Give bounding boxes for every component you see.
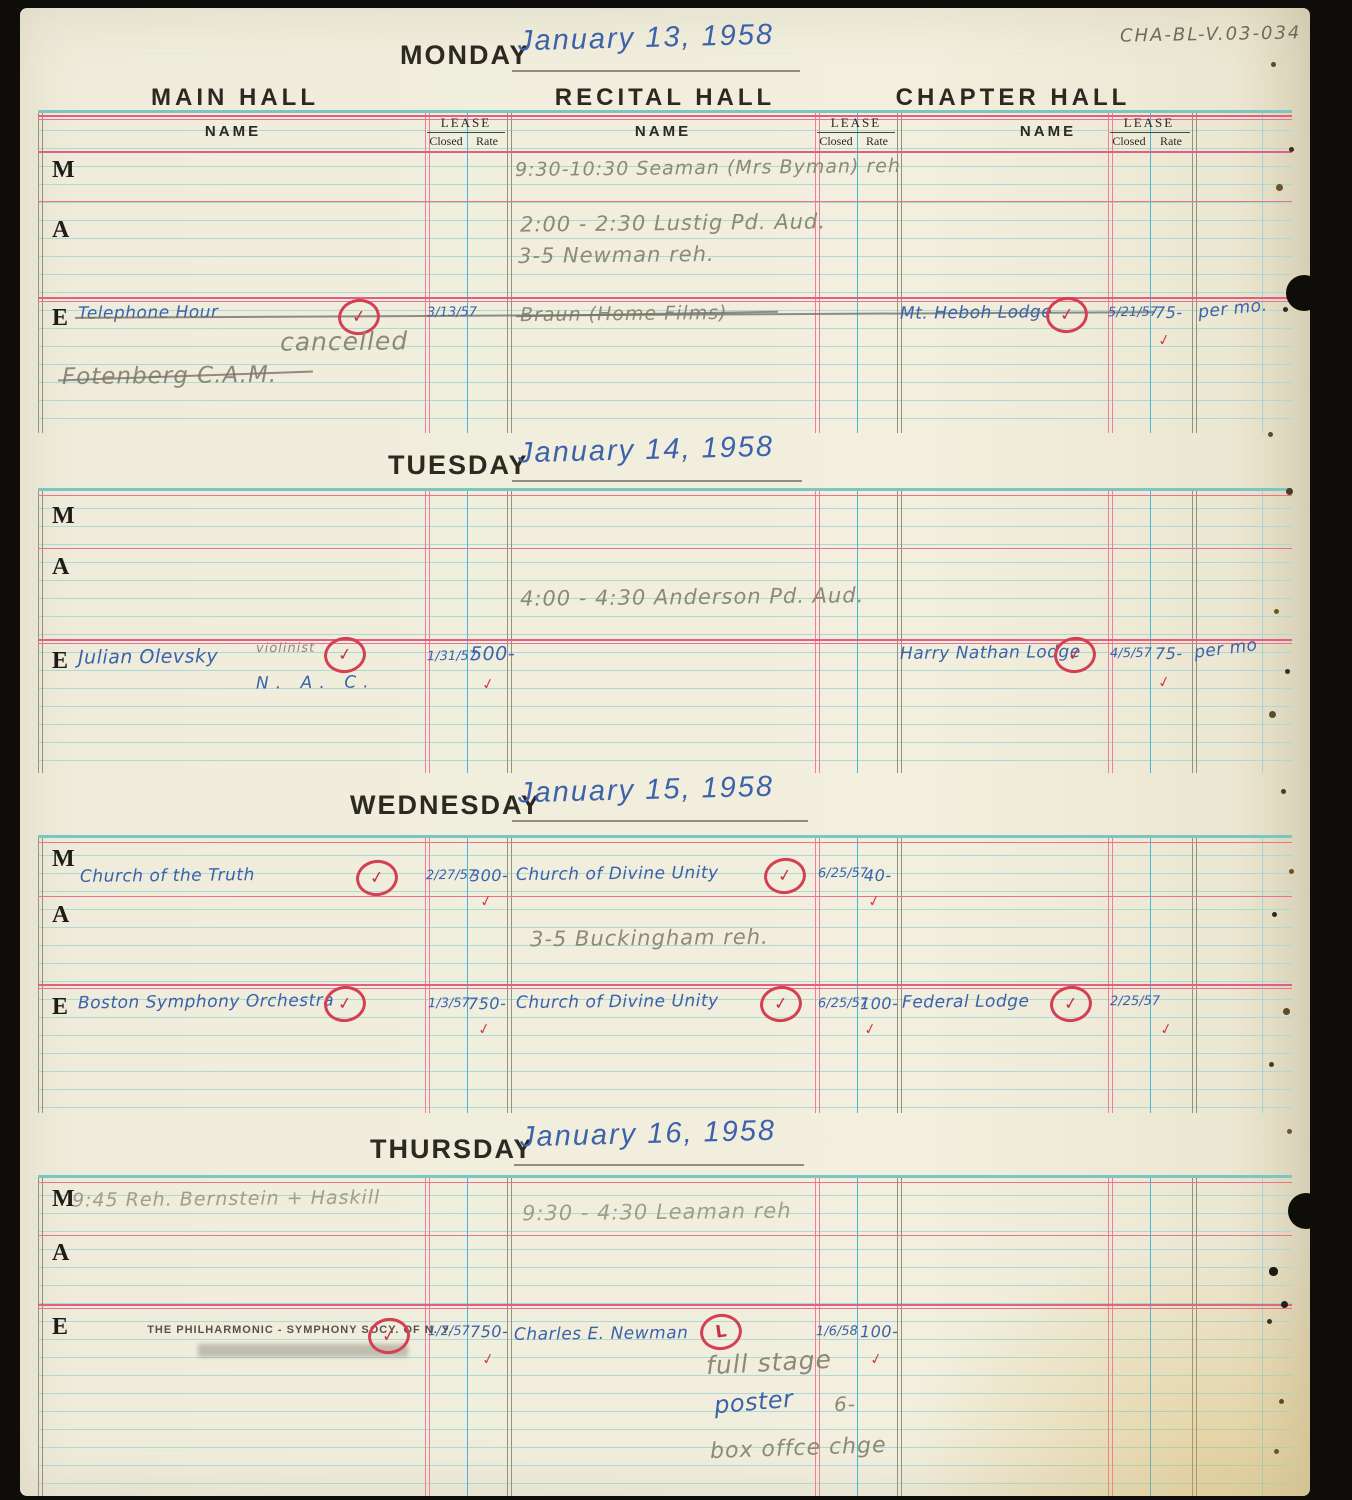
circled-l-icon: L: [698, 1311, 745, 1352]
hall-header-main: MAIN HALL: [115, 84, 355, 112]
entry-main-morning: 9:45 Reh. Bernstein + Haskill: [72, 1186, 381, 1211]
column-line: [429, 491, 430, 773]
column-line: [1112, 491, 1113, 773]
archive-code: CHA-BL-V.03-034: [1120, 22, 1302, 46]
day-title-wednesday: WEDNESDAY: [350, 790, 541, 821]
circled-check-icon: ✓: [322, 983, 369, 1024]
row-label-evening: E: [52, 305, 68, 332]
entry-recital-afternoon-name: Church of Divine Unity: [516, 863, 719, 885]
column-line: [1192, 838, 1193, 1113]
column-line: [507, 113, 508, 433]
entry-recital-evening-rate: 100-: [860, 994, 899, 1013]
column-line: [1150, 491, 1151, 773]
column-header-name: NAME: [133, 123, 333, 140]
column-line: [467, 113, 468, 433]
column-header-rate: Rate: [857, 134, 897, 149]
date-underline: [512, 480, 802, 482]
day-title-thursday: THURSDAY: [370, 1134, 534, 1165]
column-header-lease: LEASE: [420, 115, 512, 131]
circled-check-icon: ✓: [354, 857, 401, 898]
entry-recital-afternoon-rate: 40-: [864, 866, 892, 885]
entry-chapter-evening-name: Federal Lodge: [902, 991, 1030, 1012]
day-date-monday: January 13, 1958: [518, 19, 775, 59]
red-tick-icon: ✓: [1158, 1019, 1174, 1039]
entry-recital-afternoon-2: 3-5 Newman reh.: [518, 242, 715, 268]
red-tick-icon: ✓: [862, 1019, 878, 1039]
row-line: [38, 842, 1292, 843]
column-line: [511, 491, 512, 773]
entry-main-afternoon-name: Church of the Truth: [80, 865, 255, 887]
column-header-lease: LEASE: [1103, 115, 1195, 131]
row-label-morning: M: [52, 503, 75, 530]
entry-chapter-evening-rate: 75-: [1155, 644, 1183, 663]
hall-header-recital: RECITAL HALL: [535, 84, 795, 112]
column-line: [38, 491, 39, 773]
red-tick-icon: ✓: [480, 674, 496, 694]
column-line: [1108, 113, 1109, 433]
ledger-page: CHA-BL-V.03-034 MONDAY January 13, 1958 …: [20, 8, 1310, 1496]
entry-chapter-evening-closed: 5/21/57: [1108, 305, 1158, 321]
entry-chapter-evening-rate: 75-: [1155, 303, 1183, 322]
entry-chapter-evening-closed: 4/5/57: [1110, 646, 1152, 661]
day-date-wednesday: January 15, 1958: [518, 771, 775, 811]
column-line: [38, 113, 39, 433]
column-line: [511, 838, 512, 1113]
entry-recital-evening-note-1: full stage: [705, 1345, 832, 1381]
column-line: [815, 491, 816, 773]
row-label-evening: E: [52, 994, 68, 1021]
entry-chapter-evening-rate-note: per mo.: [1197, 295, 1268, 322]
entry-recital-evening-note-3: box offce chge: [710, 1433, 887, 1464]
column-line: [1262, 838, 1263, 1113]
entry-chapter-evening-name: Mt. Heboh Lodge: [900, 302, 1052, 324]
page-stain: [890, 1236, 1310, 1496]
entry-main-afternoon-closed: 2/27/57: [426, 868, 476, 884]
column-line: [815, 838, 816, 1113]
column-line: [429, 113, 430, 433]
row-label-morning: M: [52, 846, 75, 873]
column-line: [507, 491, 508, 773]
row-line: [38, 495, 1292, 496]
entry-main-evening-closed: 1/3/57: [428, 996, 470, 1011]
column-line: [38, 1178, 39, 1496]
entry-main-evening-rate: 750-: [470, 1322, 509, 1341]
column-line: [1192, 491, 1193, 773]
scanned-ledger-screen: CHA-BL-V.03-034 MONDAY January 13, 1958 …: [0, 0, 1352, 1500]
row-line: [38, 1182, 1292, 1183]
entry-recital-evening-closed: 1/6/58: [816, 1324, 858, 1339]
column-line: [1196, 113, 1197, 433]
column-header-rate: Rate: [1150, 134, 1192, 149]
red-tick-icon: ✓: [868, 1349, 884, 1369]
entry-recital-morning: 9:30-10:30 Seaman (Mrs Byman) reh: [515, 155, 901, 181]
column-line: [425, 491, 426, 773]
column-line: [901, 838, 902, 1113]
entry-main-evening-note: cancelled: [280, 326, 408, 356]
entry-main-evening-name: Telephone Hour: [78, 302, 219, 323]
entry-main-evening-rate: 500-: [470, 643, 515, 665]
column-line: [1108, 838, 1109, 1113]
red-tick-icon: ✓: [476, 1019, 492, 1039]
column-line: [467, 491, 468, 773]
day-title-tuesday: TUESDAY: [388, 450, 529, 481]
red-tick-icon: ✓: [480, 1349, 496, 1369]
column-header-lease: LEASE: [810, 115, 902, 131]
column-line: [1262, 491, 1263, 773]
row-label-evening: E: [52, 648, 68, 675]
ledger-table-tuesday: M A E 4:00 - 4:30 Anderson Pd. Aud. Juli…: [38, 488, 1292, 773]
column-line: [38, 838, 39, 1113]
entry-recital-morning: 9:30 - 4:30 Leaman reh: [522, 1199, 792, 1226]
red-tick-icon: ✓: [478, 891, 494, 911]
page-specks: [20, 8, 23, 11]
date-underline: [512, 820, 808, 822]
column-line: [1262, 113, 1263, 433]
row-label-afternoon: A: [52, 902, 69, 929]
entry-recital-evening-note-2-amount: 6-: [834, 1392, 856, 1416]
column-line: [857, 491, 858, 773]
row-line: [38, 548, 1292, 549]
column-line: [42, 491, 43, 773]
lease-divider: [817, 132, 895, 133]
column-header-name: NAME: [558, 123, 768, 140]
ledger-table-monday: NAME LEASE Closed Rate NAME LEASE Closed…: [38, 110, 1292, 433]
column-line: [511, 1178, 512, 1496]
red-tick-icon: ✓: [866, 891, 882, 911]
date-underline: [512, 70, 800, 72]
entry-recital-evening-name: Church of Divine Unity: [516, 991, 719, 1013]
red-tick-icon: ✓: [1156, 330, 1172, 350]
entry-main-evening-name-2: N. A. C.: [256, 672, 376, 693]
column-line: [901, 491, 902, 773]
column-header-rate: Rate: [467, 134, 507, 149]
entry-main-evening-annotation: violinist: [256, 641, 315, 657]
date-underline: [514, 1164, 804, 1166]
column-line: [1108, 491, 1109, 773]
philharmonic-stamp: THE PHILHARMONIC - SYMPHONY SOCY. OF N. …: [140, 1324, 460, 1336]
column-line: [901, 113, 902, 433]
row-label-morning: M: [52, 157, 75, 184]
day-date-tuesday: January 14, 1958: [518, 431, 775, 471]
lease-divider: [427, 132, 505, 133]
row-line: [38, 643, 1292, 644]
punch-hole-notch: [1292, 1207, 1310, 1216]
column-line: [1196, 491, 1197, 773]
column-line: [1192, 113, 1193, 433]
column-line: [42, 838, 43, 1113]
column-line: [819, 491, 820, 773]
entry-main-afternoon-rate: 300-: [470, 866, 509, 885]
entry-main-evening-name: Boston Symphony Orchestra: [78, 991, 334, 1014]
column-header-closed: Closed: [1108, 134, 1150, 149]
row-line: [38, 201, 1292, 202]
lease-divider: [1110, 132, 1190, 133]
column-line: [897, 838, 898, 1113]
hall-header-chapter: CHAPTER HALL: [888, 84, 1138, 112]
entry-recital-evening-name: Charles E. Newman: [514, 1323, 689, 1345]
entry-main-evening-rate: 750-: [468, 994, 507, 1013]
row-label-afternoon: A: [52, 217, 69, 244]
entry-recital-afternoon-closed: 6/25/57: [818, 866, 868, 882]
row-line: [38, 297, 1292, 299]
ledger-table-wednesday: M A E Church of the Truth ✓ 2/27/57 300-…: [38, 835, 1292, 1113]
row-line: [38, 639, 1292, 641]
entry-chapter-evening-closed: 2/25/57: [1110, 994, 1160, 1010]
punch-hole-notch: [1290, 289, 1310, 298]
day-title-monday: MONDAY: [400, 40, 530, 71]
entry-recital-evening-note-2: poster: [713, 1385, 795, 1420]
column-line: [1196, 838, 1197, 1113]
entry-main-evening-name: Julian Olevsky: [78, 645, 218, 668]
entry-recital-afternoon-note: 3-5 Buckingham reh.: [530, 925, 769, 951]
day-date-thursday: January 16, 1958: [520, 1115, 777, 1155]
column-line: [1150, 838, 1151, 1113]
circled-check-icon: ✓: [762, 855, 809, 896]
column-line: [1112, 113, 1113, 433]
column-line: [42, 113, 43, 433]
entry-main-evening-closed: 3/13/57: [427, 305, 477, 321]
column-line: [897, 491, 898, 773]
column-line: [425, 1178, 426, 1496]
circled-check-icon: ✓: [758, 983, 805, 1024]
column-header-closed: Closed: [815, 134, 857, 149]
column-line: [425, 113, 426, 433]
row-label-afternoon: A: [52, 554, 69, 581]
row-line: [38, 151, 1292, 153]
column-line: [1150, 113, 1151, 433]
red-tick-icon: ✓: [1156, 672, 1172, 692]
column-line: [42, 1178, 43, 1496]
column-line: [1112, 838, 1113, 1113]
row-line: [38, 984, 1292, 986]
circled-check-icon: ✓: [1048, 983, 1095, 1024]
entry-recital-afternoon: 2:00 - 2:30 Lustig Pd. Aud.: [520, 209, 826, 236]
row-line: [38, 896, 1292, 897]
row-label-evening: E: [52, 1314, 68, 1341]
row-label-afternoon: A: [52, 1240, 69, 1267]
entry-main-evening-closed: 1/2/57: [428, 1324, 470, 1339]
entry-recital-afternoon: 4:00 - 4:30 Anderson Pd. Aud.: [520, 583, 865, 611]
column-header-closed: Closed: [425, 134, 467, 149]
column-line: [511, 113, 512, 433]
row-line: [38, 988, 1292, 989]
